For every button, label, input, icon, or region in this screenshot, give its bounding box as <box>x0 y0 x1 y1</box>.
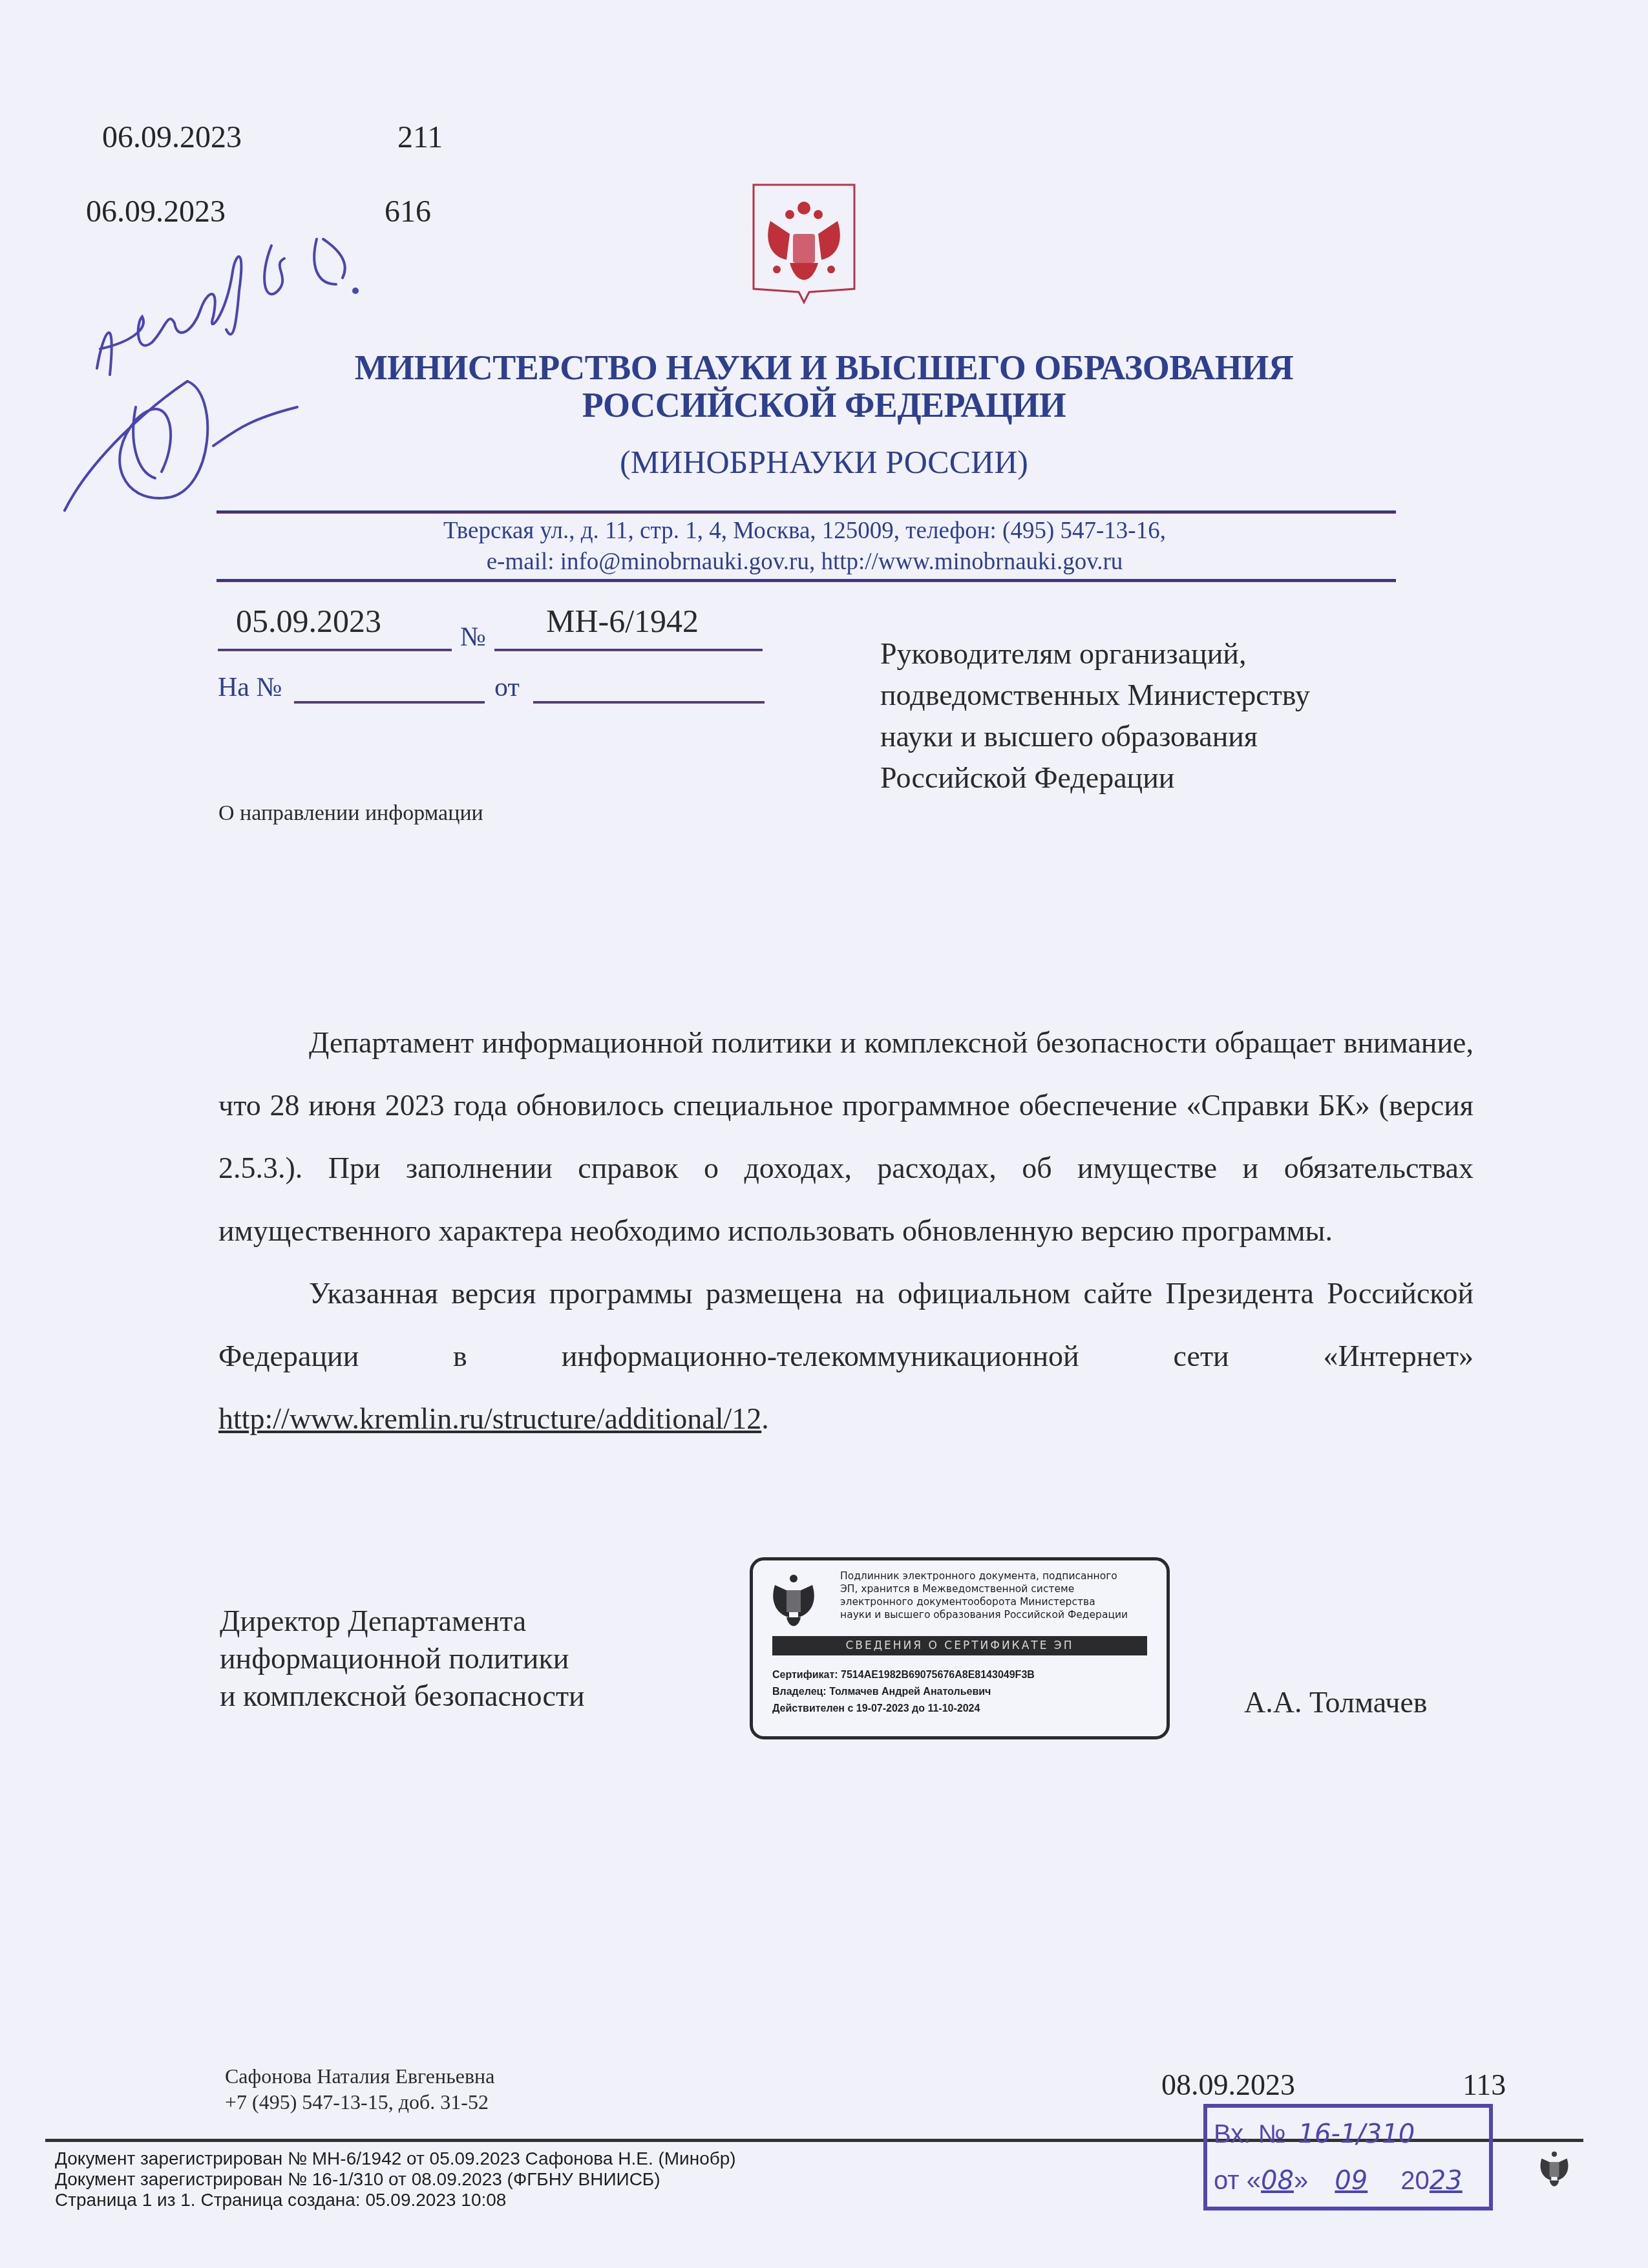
certificate-id: Сертификат: 7514AE1982B69075676A8E814304… <box>772 1667 1035 1684</box>
signatory-title-line: Директор Департамента <box>220 1602 585 1640</box>
addressee-line: Российской Федерации <box>880 757 1310 799</box>
signatory-title-line: и комплексной безопасности <box>220 1677 585 1715</box>
footer-emblem-icon <box>1538 2148 1570 2190</box>
footer-line-1: Документ зарегистрирован № МН-6/1942 от … <box>55 2148 736 2169</box>
incoming-year-handwritten: 23 <box>1430 2166 1463 2196</box>
certificate-validity: Действителен с 19-07-2023 до 11-10-2024 <box>772 1701 1035 1717</box>
signatory-name: А.А. Толмачев <box>1244 1685 1428 1719</box>
letterhead-divider-top <box>217 510 1396 514</box>
coat-of-arms-icon <box>751 182 858 305</box>
letter-body: Департамент информационной политики и ко… <box>218 1011 1474 1450</box>
signatory-title-line: информационной политики <box>220 1640 585 1677</box>
electronic-signature-stamp: Подлинник электронного документа, подпис… <box>750 1557 1170 1739</box>
date-underline <box>218 649 452 651</box>
number-label: № <box>460 622 486 653</box>
certificate-owner: Владелец: Толмачев Андрей Анатольевич <box>772 1684 1035 1701</box>
incoming-month-handwritten: 09 <box>1335 2166 1368 2196</box>
reply-to-underline <box>294 701 485 704</box>
incoming-number-label: Вх. № <box>1214 2120 1285 2148</box>
incoming-number-handwritten: 16-1/310 <box>1298 2119 1415 2149</box>
certificate-info-bar: СВЕДЕНИЯ О СЕРТИФИКАТЕ ЭП <box>772 1636 1147 1655</box>
ministry-address: Тверская ул., д. 11, стр. 1, 4, Москва, … <box>213 516 1396 547</box>
e-signature-header-line: ЭП, хранится в Межведомственной системе <box>840 1582 1128 1595</box>
executor-phone: +7 (495) 547-13-15, доб. 31-52 <box>225 2089 494 2115</box>
ministry-title-line2: РОССИЙСКОЙ ФЕДЕРАЦИИ <box>0 385 1648 425</box>
addressee-line: подведомственных Министерству <box>880 675 1310 716</box>
reg-stamp-number-1: 211 <box>397 120 443 155</box>
ministry-short-name: (МИНОБРНАУКИ РОССИИ) <box>0 443 1648 481</box>
document-footer: Документ зарегистрирован № МН-6/1942 от … <box>55 2148 736 2210</box>
body-paragraph-2: Указанная версия программы размещена на … <box>218 1262 1474 1450</box>
ministry-emblem-icon <box>770 1572 818 1630</box>
body-paragraph-2-text: Указанная версия программы размещена на … <box>218 1277 1474 1372</box>
e-signature-header-line: Подлинник электронного документа, подпис… <box>840 1570 1128 1582</box>
kremlin-link[interactable]: http://www.kremlin.ru/structure/addition… <box>218 1402 761 1435</box>
outgoing-number: МН-6/1942 <box>546 602 699 640</box>
ministry-contacts: e-mail: info@minobrnauki.gov.ru, http://… <box>213 547 1396 578</box>
addressee-block: Руководителям организаций, подведомствен… <box>880 633 1310 799</box>
body-paragraph-2-end: . <box>761 1402 769 1435</box>
incoming-registration-stamp: Вх. № 16-1/310 от «08» 09 2023 <box>1203 2104 1493 2210</box>
footer-line-3: Страница 1 из 1. Страница создана: 05.09… <box>55 2190 736 2210</box>
executor-name: Сафонова Наталия Евгеньевна <box>225 2063 494 2089</box>
body-paragraph-1: Департамент информационной политики и ко… <box>218 1011 1474 1262</box>
e-signature-header: Подлинник электронного документа, подпис… <box>840 1570 1128 1621</box>
reg-stamp-number-bottom: 113 <box>1463 2068 1506 2102</box>
e-signature-header-line: электронного документооборота Министерст… <box>840 1595 1128 1608</box>
letterhead-divider-bottom <box>217 579 1396 582</box>
quote-close: » <box>1294 2167 1308 2195</box>
incoming-date-label: от « <box>1214 2167 1261 2195</box>
e-signature-header-line: науки и высшего образования Российской Ф… <box>840 1608 1128 1621</box>
from-label: от <box>494 672 520 703</box>
certificate-details: Сертификат: 7514AE1982B69075676A8E814304… <box>772 1667 1035 1717</box>
reg-stamp-date-bottom: 08.09.2023 <box>1161 2068 1295 2102</box>
executor-info: Сафонова Наталия Евгеньевна +7 (495) 547… <box>225 2063 494 2115</box>
incoming-day-handwritten: 08 <box>1261 2166 1294 2196</box>
outgoing-date: 05.09.2023 <box>236 602 381 640</box>
from-underline <box>533 701 765 704</box>
ministry-title-line1: МИНИСТЕРСТВО НАУКИ И ВЫСШЕГО ОБРАЗОВАНИЯ <box>0 348 1648 388</box>
reply-to-label: На № <box>218 672 282 703</box>
signatory-title: Директор Департамента информационной пол… <box>220 1602 585 1715</box>
incoming-year-prefix: 20 <box>1400 2167 1430 2195</box>
number-underline <box>494 649 763 651</box>
addressee-line: Руководителям организаций, <box>880 633 1310 675</box>
subject-line: О направлении информации <box>218 801 483 826</box>
reg-stamp-date-1: 06.09.2023 <box>102 120 242 155</box>
addressee-line: науки и высшего образования <box>880 716 1310 757</box>
footer-line-2: Документ зарегистрирован № 16-1/310 от 0… <box>55 2169 736 2190</box>
